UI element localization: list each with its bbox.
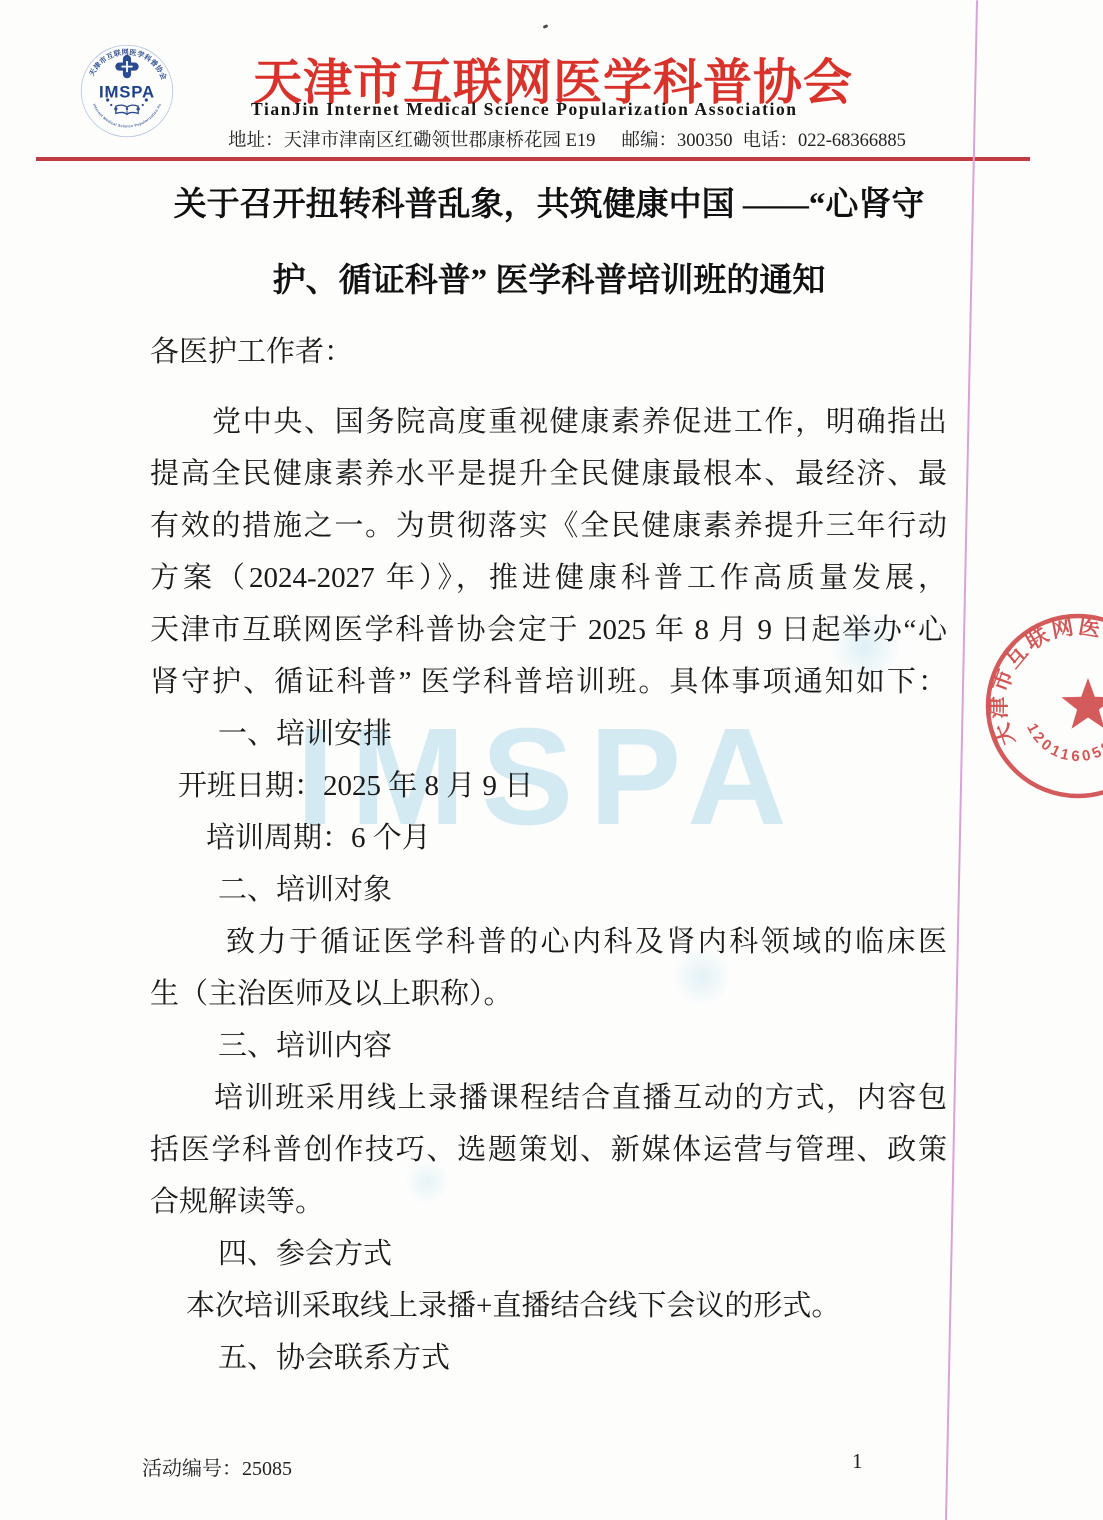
star-icon	[1061, 678, 1103, 729]
scan-speck-artifact	[543, 24, 549, 29]
body-line: 二、培训对象	[150, 864, 947, 916]
body-line: 开班日期：2025 年 8 月 9 日	[150, 760, 947, 812]
body-line: 天津市互联网医学科普协会定于 2025 年 8 月 9 日起举办“心	[150, 604, 947, 656]
association-logo: 天津市互联网医学科普协会 Internet Medical Science Po…	[68, 32, 186, 150]
seal-ring-text: 天津市互联网医学科普协会	[986, 613, 1103, 749]
org-postcode: 邮编：300350	[621, 131, 732, 151]
activity-number: 活动编号：25085	[142, 1452, 292, 1481]
document-title-line2: 护、循证科普” 医学科普培训班的通知	[152, 257, 946, 305]
body-line: 五、协会联系方式	[150, 1332, 947, 1384]
medical-cross-icon	[119, 59, 134, 74]
body-line: 各医护工作者：	[150, 326, 947, 378]
official-seal-stamp: 天津市互联网医学科普协会 12011605855	[983, 590, 1103, 825]
body-line: 本次培训采取线上录播+直播结合线下会议的形式。	[150, 1280, 947, 1332]
letterhead-divider-rule	[36, 157, 1030, 161]
body-line: 四、参会方式	[150, 1228, 947, 1280]
body-line: 致力于循证医学科普的心内科及肾内科领域的临床医	[150, 916, 947, 968]
body-line: 有效的措施之一。为贯彻落实《全民健康素养提升三年行动	[150, 500, 947, 552]
body-line: 肾守护、循证科普” 医学科普培训班。具体事项通知如下：	[150, 656, 947, 708]
body-line: 方案（2024-2027 年）》，推进健康科普工作高质量发展，	[150, 552, 947, 604]
document-title-line1: 关于召开扭转科普乱象，共筑健康中国 ——“心肾守	[152, 181, 946, 229]
body-line: 三、培训内容	[150, 1020, 947, 1072]
body-lines: 各医护工作者：党中央、国务院高度重视健康素养促进工作，明确指出提高全民健康素养水…	[150, 326, 947, 1384]
body-line: 括医学科普创作技巧、选题策划、新媒体运营与管理、政策	[150, 1124, 947, 1176]
body-line: 一、培训安排	[150, 708, 947, 760]
seal-code-text: 12011605855	[1023, 721, 1103, 765]
org-address: 地址：天津市津南区红磡领世郡康桥花园 E19	[228, 131, 595, 151]
org-phone: 电话：022-68366885	[742, 131, 905, 151]
page-number: 1	[852, 1449, 863, 1474]
body-line: 培训周期：6 个月	[150, 812, 947, 864]
scan-artifact-line	[945, 0, 978, 1520]
org-contact-line: 地址：天津市津南区红磡领世郡康桥花园 E19邮编：300350电话：022-68…	[228, 126, 906, 152]
open-book-icon	[116, 105, 138, 114]
document-title: 关于召开扭转科普乱象，共筑健康中国 ——“心肾守 护、循证科普” 医学科普培训班…	[152, 181, 946, 305]
body-line: 党中央、国务院高度重视健康素养促进工作，明确指出	[150, 396, 947, 448]
org-name-english: TianJin Internet Medical Science Popular…	[251, 99, 798, 120]
body-line: 合规解读等。	[150, 1176, 947, 1228]
body-line: 提高全民健康素养水平是提升全民健康最根本、最经济、最	[150, 448, 947, 500]
body-line: 生（主治医师及以上职称）。	[150, 968, 947, 1020]
body-line: 培训班采用线上录播课程结合直播互动的方式，内容包	[150, 1072, 947, 1124]
scanned-document-page: IMSPA 天津市互联网医学科普协会 Internet Medical Scie…	[0, 0, 1103, 1520]
